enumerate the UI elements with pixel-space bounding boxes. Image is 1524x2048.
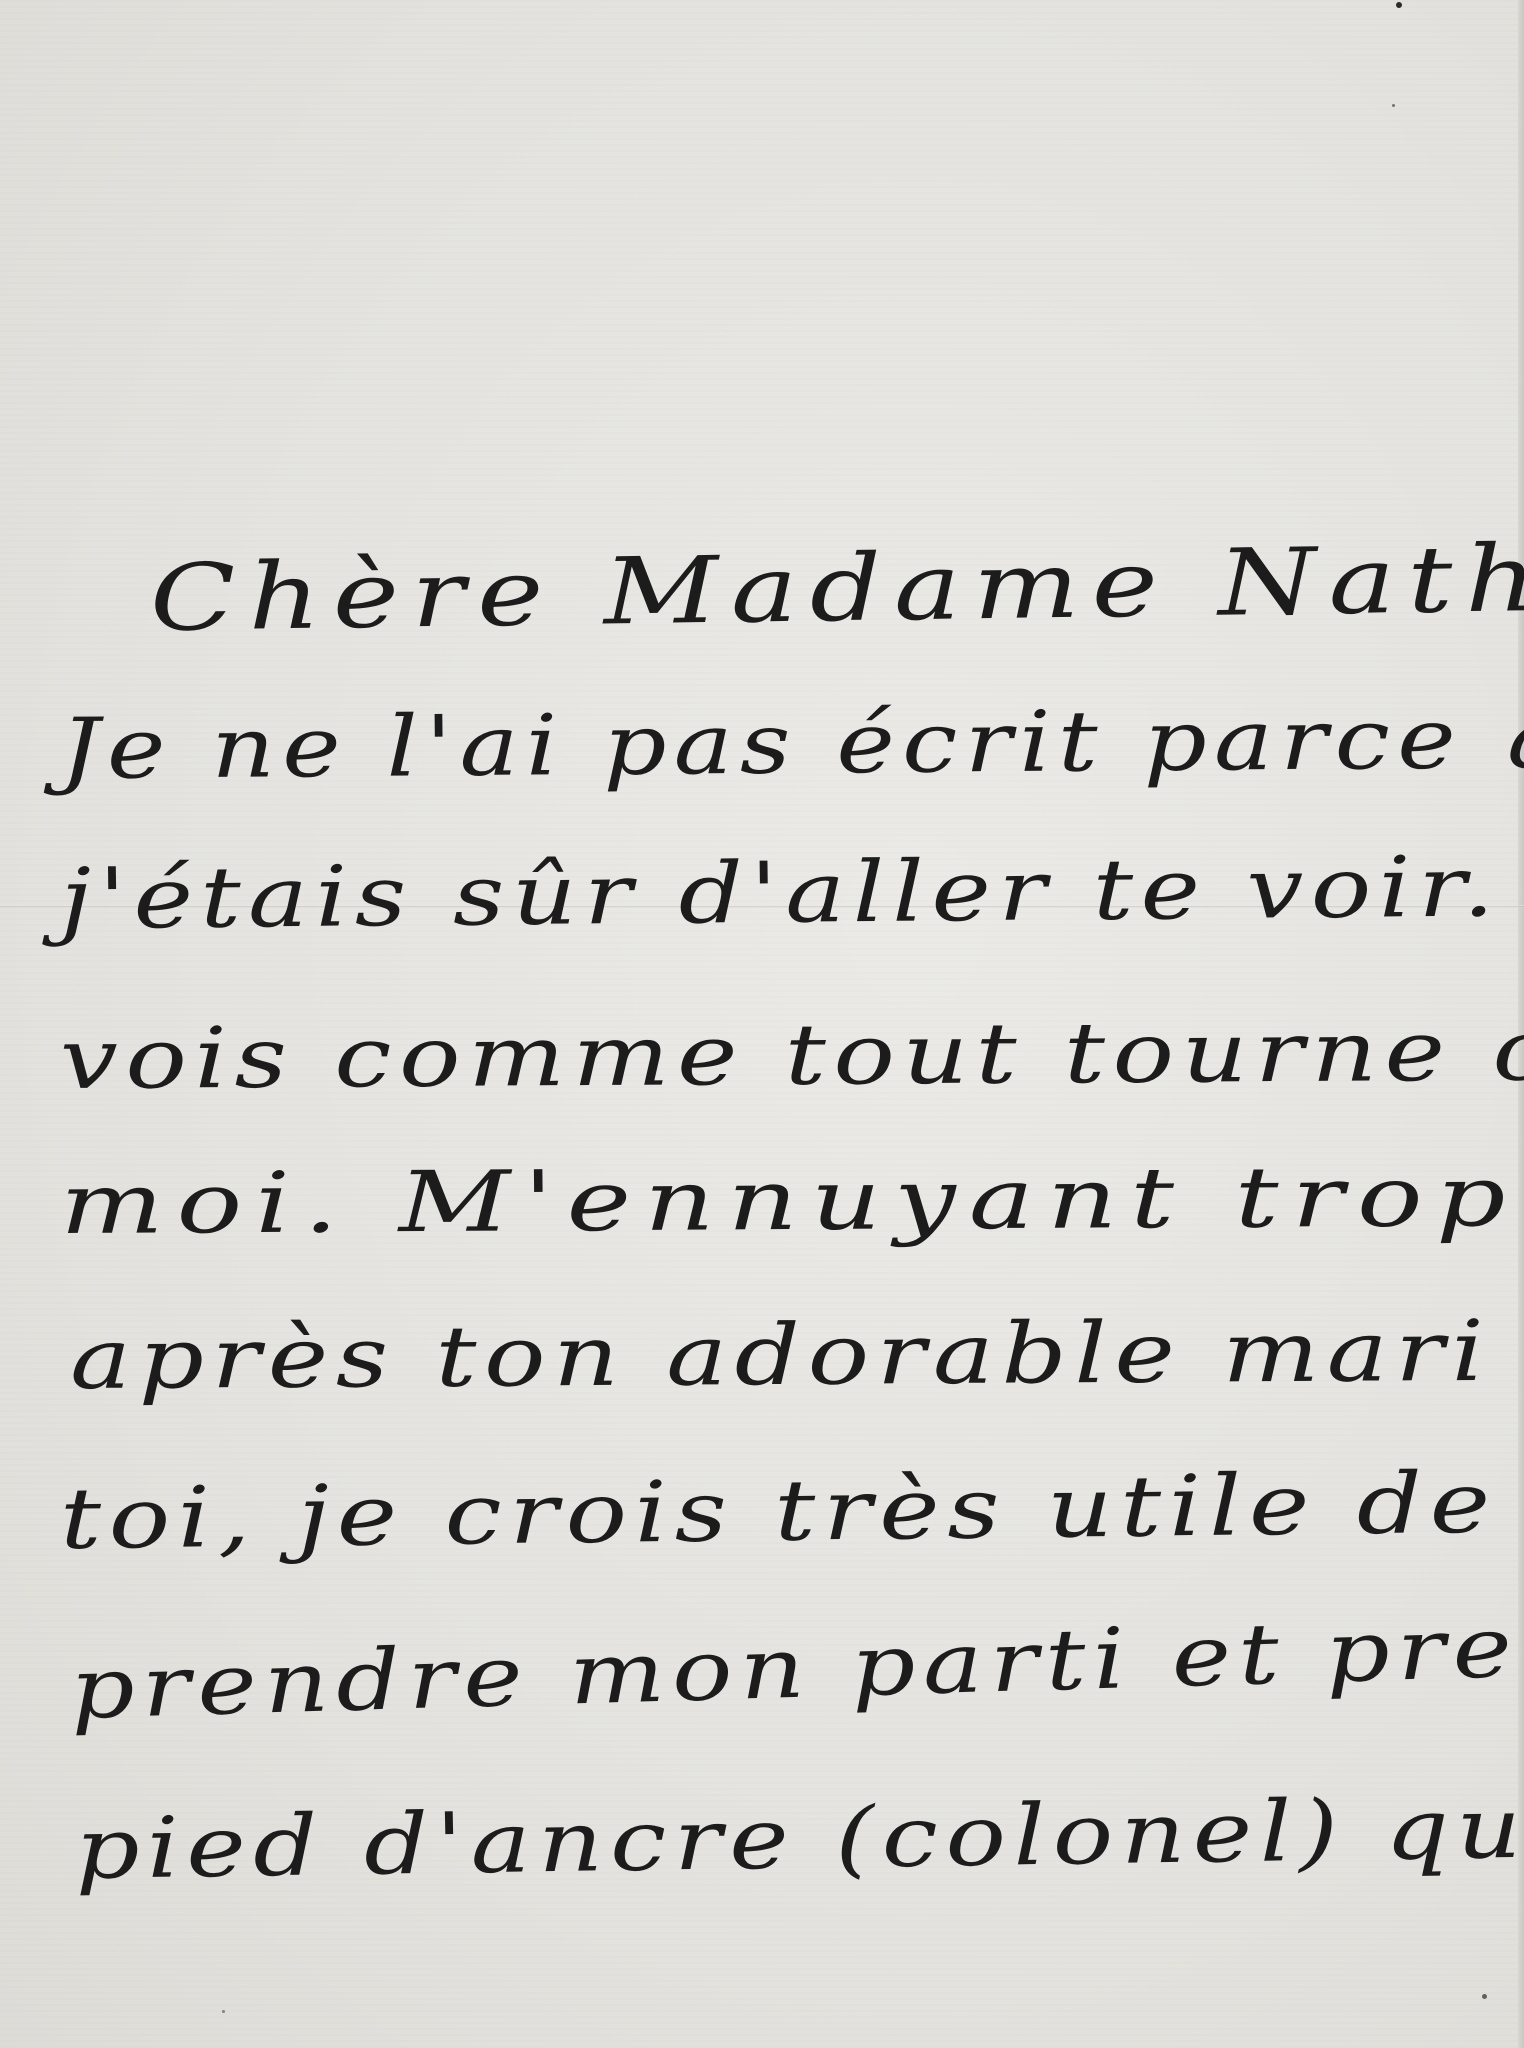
- letter-line-1: Je ne l'ai pas écrit parce que: [59, 688, 1524, 798]
- letter-line-5: après ton adorable mari et: [70, 1301, 1524, 1408]
- salutation: Chère Madame Nathan: [149, 523, 1524, 652]
- ink-speck: [1392, 104, 1395, 107]
- ink-speck: [1482, 1994, 1487, 1999]
- letter-line-2: j'étais sûr d'aller te voir. Et: [59, 836, 1524, 948]
- ink-speck: [222, 2010, 225, 2013]
- letter-line-3: vois comme tout tourne contre: [60, 1000, 1524, 1108]
- letter-line-4: moi. M'ennuyant trop: [60, 1147, 1519, 1253]
- ink-speck: [1396, 2, 1402, 8]
